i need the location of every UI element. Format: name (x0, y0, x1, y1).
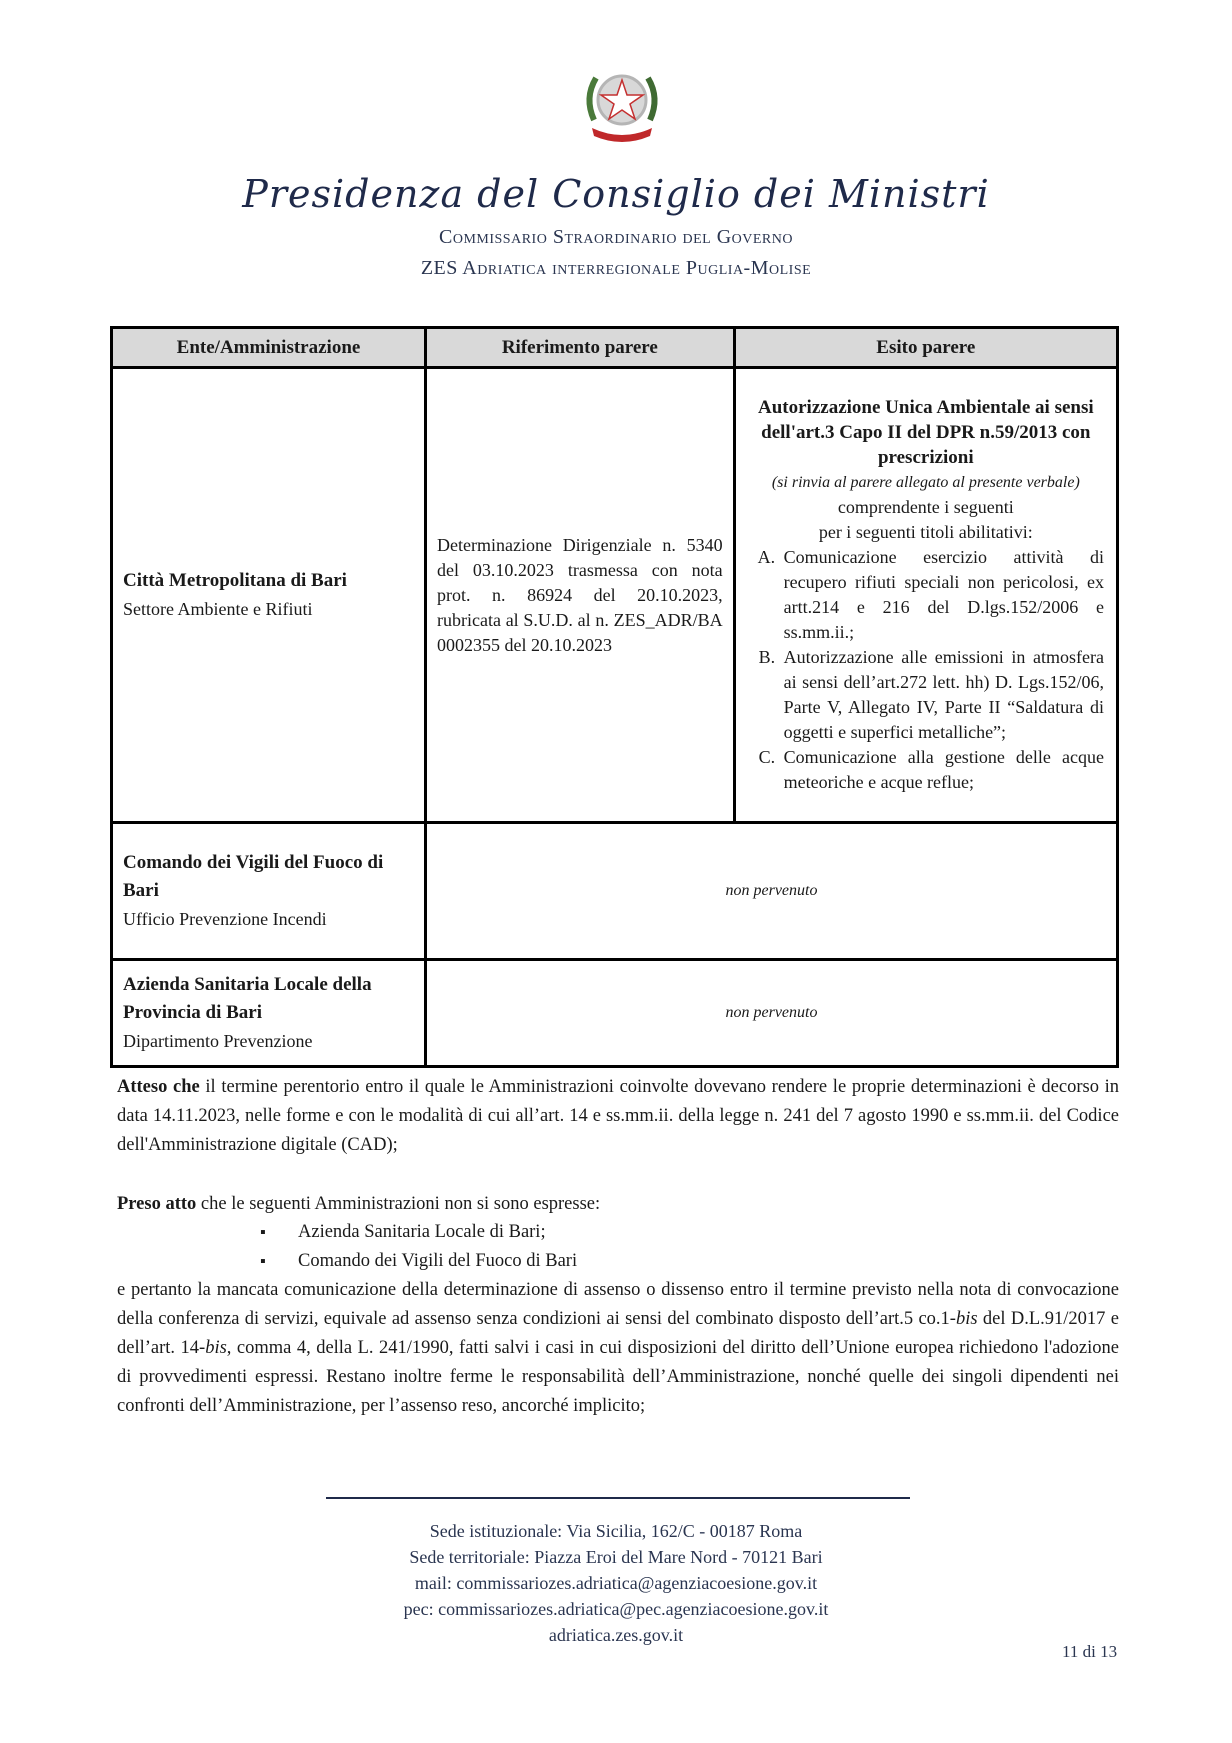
column-header-esito: Esito parere (734, 328, 1117, 368)
esito-line: comprendente i seguenti (748, 495, 1104, 520)
paragraph-italic: bis (956, 1309, 978, 1329)
paragraph-text: che le seguenti Amministrazioni non si s… (196, 1194, 600, 1214)
ente-name: Città Metropolitana di Bari (123, 567, 414, 595)
table-row: Città Metropolitana di Bari Settore Ambi… (112, 368, 1118, 823)
ente-cell: Città Metropolitana di Bari Settore Ambi… (112, 368, 426, 823)
table-row: Comando dei Vigili del Fuoco di Bari Uff… (112, 823, 1118, 960)
header-title: Presidenza del Consiglio dei Ministri (0, 172, 1232, 216)
paragraph-text: , comma 4, della L. 241/1990, fatti salv… (117, 1338, 1119, 1416)
esito-cell: non pervenuto (426, 960, 1118, 1067)
paragraph-atteso-che: Atteso che il termine perentorio entro i… (117, 1073, 1119, 1160)
ente-cell: Azienda Sanitaria Locale della Provincia… (112, 960, 426, 1067)
esito-title: Autorizzazione Unica Ambientale ai sensi… (748, 395, 1104, 470)
column-header-riferimento: Riferimento parere (426, 328, 735, 368)
italian-republic-emblem-icon (580, 62, 664, 146)
column-header-ente: Ente/Amministrazione (112, 328, 426, 368)
paragraph-text: il termine perentorio entro il quale le … (117, 1077, 1119, 1155)
footer-divider (326, 1497, 910, 1499)
footer-line: Sede istituzionale: Via Sicilia, 162/C -… (0, 1518, 1232, 1544)
header-subtitle-1: Commissario Straordinario del Governo (0, 226, 1232, 249)
ente-name: Comando dei Vigili del Fuoco di Bari (123, 849, 414, 905)
list-item: Comando dei Vigili del Fuoco di Bari (260, 1247, 577, 1276)
ente-dept: Settore Ambiente e Rifiuti (123, 595, 414, 623)
esito-cell: non pervenuto (426, 823, 1118, 960)
list-item: Comunicazione alla gestione delle acque … (780, 745, 1104, 795)
footer-line: Sede territoriale: Piazza Eroi del Mare … (0, 1544, 1232, 1570)
riferimento-cell: Determinazione Dirigenziale n. 5340 del … (426, 368, 735, 823)
list-item: Comunicazione esercizio attività di recu… (780, 545, 1104, 645)
footer-website[interactable]: adriatica.zes.gov.it (0, 1622, 1232, 1648)
paragraph-italic: bis (205, 1338, 227, 1358)
table-row: Azienda Sanitaria Locale della Provincia… (112, 960, 1118, 1067)
table-header-row: Ente/Amministrazione Riferimento parere … (112, 328, 1118, 368)
ente-dept: Ufficio Prevenzione Incendi (123, 905, 414, 933)
ente-name: Azienda Sanitaria Locale della Provincia… (123, 971, 414, 1027)
paragraph-lead: Atteso che (117, 1077, 200, 1097)
footer-pec[interactable]: pec: commissariozes.adriatica@pec.agenzi… (0, 1596, 1232, 1622)
list-item: Autorizzazione alle emissioni in atmosfe… (780, 645, 1104, 745)
header-subtitle-2: ZES Adriatica interregionale Puglia-Moli… (0, 257, 1232, 280)
esito-cell: Autorizzazione Unica Ambientale ai sensi… (734, 368, 1117, 823)
ente-cell: Comando dei Vigili del Fuoco di Bari Uff… (112, 823, 426, 960)
footer-email[interactable]: mail: commissariozes.adriatica@agenziaco… (0, 1570, 1232, 1596)
pareri-table: Ente/Amministrazione Riferimento parere … (110, 326, 1119, 1068)
list-item: Azienda Sanitaria Locale di Bari; (260, 1218, 577, 1247)
esito-line: per i seguenti titoli abilitativi: (748, 520, 1104, 545)
ente-dept: Dipartimento Prevenzione (123, 1027, 414, 1055)
footer: Sede istituzionale: Via Sicilia, 162/C -… (0, 1518, 1232, 1648)
paragraph-pertanto: e pertanto la mancata comunicazione dell… (117, 1276, 1119, 1421)
esito-note: (si rinvia al parere allegato al present… (748, 470, 1104, 495)
paragraph-preso-atto: Preso atto che le seguenti Amministrazio… (117, 1190, 1119, 1219)
page-number: 11 di 13 (1062, 1642, 1117, 1662)
paragraph-lead: Preso atto (117, 1194, 196, 1214)
titoli-list: Comunicazione esercizio attività di recu… (748, 545, 1104, 795)
non-espresse-list: Azienda Sanitaria Locale di Bari; Comand… (260, 1218, 577, 1276)
